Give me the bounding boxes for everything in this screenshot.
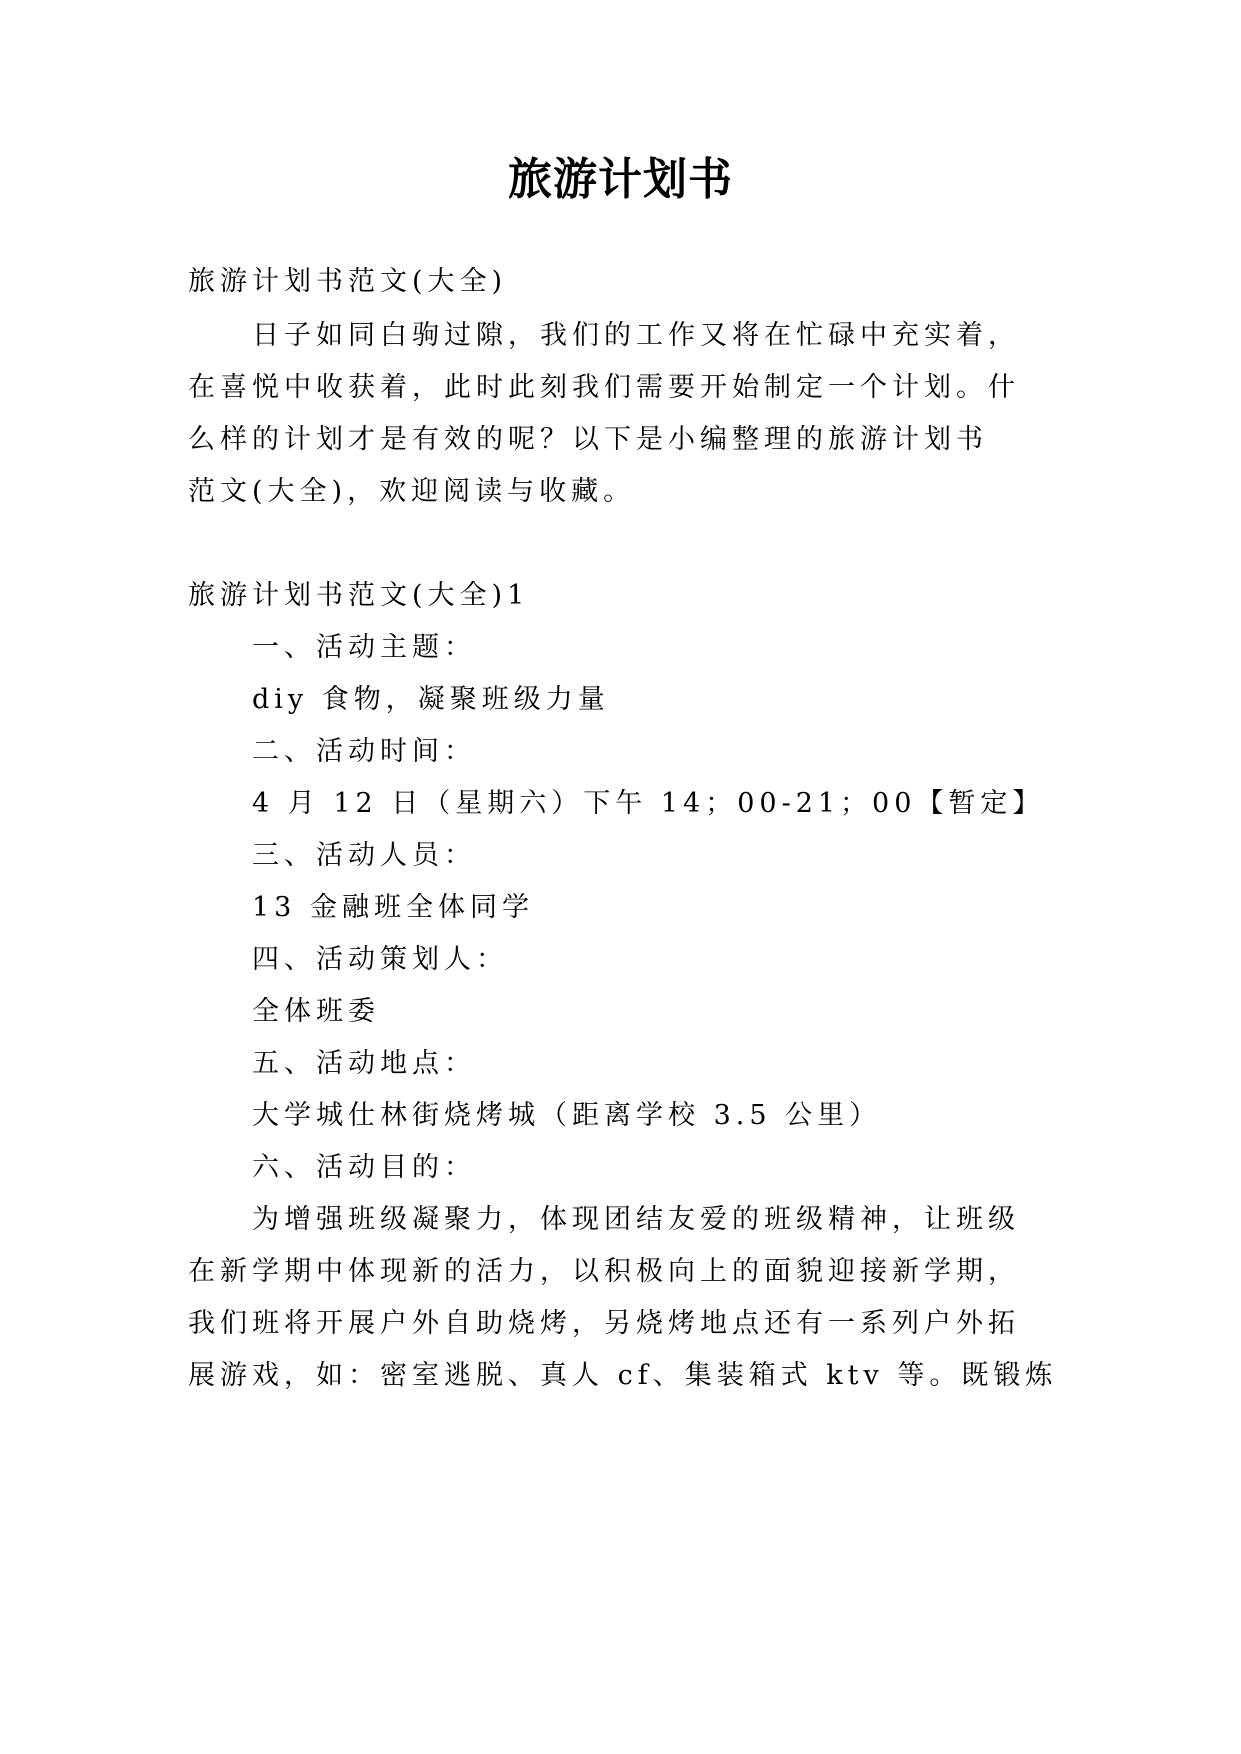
intro-paragraph-line: 日子如同白驹过隙，我们的工作又将在忙碌中充实着， [252,316,1132,356]
purpose-paragraph-line: 展游戏，如：密室逃脱、真人 cf、集装箱式 ktv 等。既锻炼 [188,1356,1068,1396]
document-title: 旅游计划书 [0,150,1241,210]
item-value-theme: diy 食物，凝聚班级力量 [252,680,1132,720]
item-heading-purpose: 六、活动目的： [252,1148,1132,1188]
intro-paragraph-line: 范文(大全)，欢迎阅读与收藏。 [188,472,1068,512]
item-value-location: 大学城仕林街烧烤城（距离学校 3.5 公里） [252,1096,1132,1136]
item-heading-location: 五、活动地点： [252,1044,1132,1084]
item-heading-time: 二、活动时间： [252,732,1132,772]
purpose-paragraph-line: 我们班将开展户外自助烧烤，另烧烤地点还有一系列户外拓 [188,1304,1068,1344]
item-value-participants: 13 金融班全体同学 [252,888,1132,928]
item-heading-participants: 三、活动人员： [252,836,1132,876]
intro-paragraph-line: 在喜悦中收获着，此时此刻我们需要开始制定一个计划。什 [188,368,1068,408]
item-value-planner: 全体班委 [252,992,1132,1032]
purpose-paragraph-line: 为增强班级凝聚力，体现团结友爱的班级精神，让班级 [252,1200,1132,1240]
intro-paragraph-line: 么样的计划才是有效的呢？以下是小编整理的旅游计划书 [188,420,1068,460]
section-heading: 旅游计划书范文(大全)1 [188,576,1068,616]
item-heading-theme: 一、活动主题： [252,628,1132,668]
document-subtitle: 旅游计划书范文(大全) [188,262,1068,302]
document-page: 旅游计划书 旅游计划书范文(大全) 日子如同白驹过隙，我们的工作又将在忙碌中充实… [0,0,1241,1754]
item-heading-planner: 四、活动策划人： [252,940,1132,980]
item-value-time: 4 月 12 日（星期六）下午 14；00-21；00【暂定】 [252,784,1132,824]
purpose-paragraph-line: 在新学期中体现新的活力，以积极向上的面貌迎接新学期， [188,1252,1068,1292]
